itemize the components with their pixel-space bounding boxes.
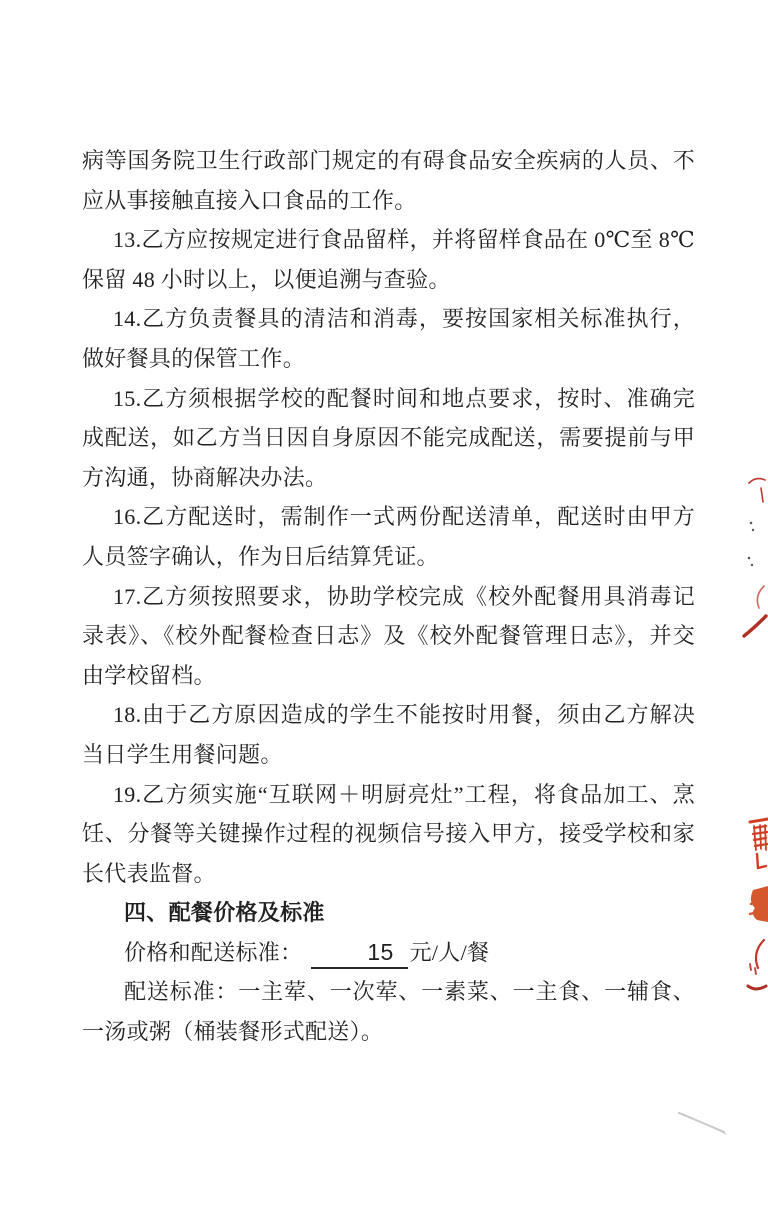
red-ink-blob-icon	[747, 884, 768, 926]
clause-15: 15.乙方须根据学校的配餐时间和地点要求，按时、准确完成配送，如乙方当日因自身原…	[82, 379, 695, 498]
clause-18: 18.由于乙方原因造成的学生不能按时用餐，须由乙方解决当日学生用餐问题。	[82, 695, 695, 774]
red-ink-fragment-top-icon	[746, 474, 768, 508]
red-ink-paren-stroke-icon	[744, 936, 768, 994]
red-ink-curve-stroke-icon	[742, 582, 768, 640]
red-ink-dots-icon	[745, 518, 759, 570]
clause-19: 19.乙方须实施“互联网＋明厨亮灶”工程，将食品加工、烹饪、分餐等关键操作过程的…	[82, 775, 695, 894]
clause-16: 16.乙方配送时，需制作一式两份配送清单，配送时由甲方人员签字确认，作为日后结算…	[82, 497, 695, 576]
red-ink-boxed-scribble-icon	[748, 816, 768, 872]
clause-14: 14.乙方负责餐具的清洁和消毒，要按国家相关标准执行，做好餐具的保管工作。	[82, 299, 695, 378]
clause-17: 17.乙方须按照要求，协助学校完成《校外配餐用具消毒记录表》、《校外配餐检查日志…	[82, 577, 695, 696]
paragraph-continuation: 病等国务院卫生行政部门规定的有碍食品安全疾病的人员、不应从事接触直接入口食品的工…	[82, 141, 695, 220]
delivery-standard: 配送标准：一主荤、一次荤、一素菜、一主食、一辅食、一汤或粥（桶装餐形式配送）。	[82, 972, 695, 1051]
scanned-contract-page: 病等国务院卫生行政部门规定的有碍食品安全疾病的人员、不应从事接触直接入口食品的工…	[0, 0, 768, 1211]
contract-body: 病等国务院卫生行政部门规定的有碍食品安全疾病的人员、不应从事接触直接入口食品的工…	[82, 141, 695, 1052]
price-line: 价格和配送标准：15元/人/餐	[82, 933, 695, 973]
price-label: 价格和配送标准：	[124, 940, 302, 965]
clause-13: 13.乙方应按规定进行食品留样，并将留样食品在 0℃至 8℃保留 48 小时以上…	[82, 220, 695, 299]
price-unit: 元/人/餐	[410, 940, 490, 965]
pencil-stroke-icon	[676, 1108, 728, 1138]
price-value: 15	[311, 937, 407, 969]
section-heading-price-standard: 四、配餐价格及标准	[82, 893, 695, 933]
